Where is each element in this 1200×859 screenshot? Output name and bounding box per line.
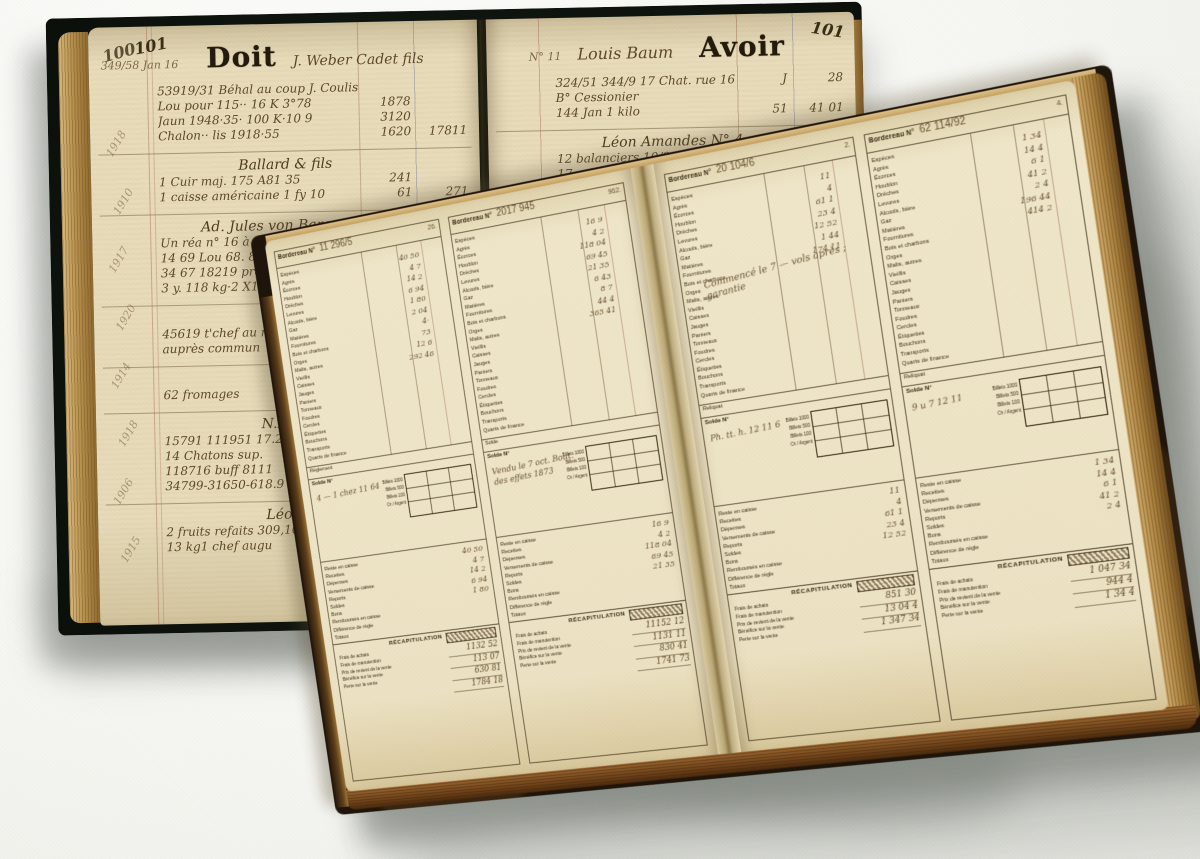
handwritten-bordereau-number: 11 296/5 (319, 238, 353, 254)
entry-amount-total (410, 89, 470, 90)
entry-amount-total: 41 01 (788, 100, 848, 116)
handwritten-bordereau-number: 2017 945 (496, 202, 536, 219)
entry-description: Chalon·· lis 1918·55 (158, 125, 359, 144)
handwritten-totals: 1132 52113 07630 811784 18 (445, 627, 504, 693)
recapitulation-section: RÉCAPITULATIONFrais de achatsFrais de ma… (728, 571, 940, 740)
recapitulation-lines: Frais de achatsFrais de manutentionPrix … (339, 645, 429, 692)
recapitulation-section: RÉCAPITULATIONFrais de achatsFrais de ma… (930, 544, 1156, 719)
cash-count-grid (404, 464, 478, 518)
handwritten-subnumber: 962. (608, 187, 622, 196)
printed-balance-list: Reste en caisseRecettesDépensesVersement… (718, 496, 833, 592)
entry-amount: 3120 (359, 109, 411, 125)
doit-header: Doit (206, 40, 277, 74)
entry-amount (358, 90, 410, 91)
panel-item-columns: EspècesAgrèsÉcorcesHoublonDrêchesLevures… (668, 156, 888, 406)
recapitulation-lines: Frais de achatsFrais de manutentionPrix … (937, 569, 1047, 622)
account-header: N° 11 Louis Baum Avoir (486, 12, 855, 73)
recapitulation-section: RÉCAPITULATIONFrais de achatsFrais de ma… (333, 624, 519, 780)
account-header: 349/58 Jan 16 Doit J. Weber Cadet fils (88, 20, 478, 81)
recapitulation-section: RÉCAPITULATIONFrais de achatsFrais de ma… (509, 601, 706, 763)
entry-description: 144 Jan 1 kilo (556, 102, 736, 121)
panel-item-columns: EspècesAgrèsÉcorcesHoublonDrêchesLevures… (277, 237, 471, 468)
panel-item-columns: EspècesAgrèsÉcorcesHoublonDrêchesLevures… (451, 201, 657, 440)
handwritten-amounts: 1 3414 46 141 22 4196 44414 2 (984, 129, 1054, 224)
ledger-entry-section: 53919/31 Béhal au coup J. CoulisLou pour… (97, 73, 471, 146)
handwritten-date: 349/58 Jan 16 (100, 58, 178, 73)
handwritten-subnumber: 4. (1056, 99, 1063, 108)
handwritten-account-name: Louis Baum (577, 43, 673, 64)
entry-amount: 1620 (359, 124, 411, 140)
entry-amount-total (411, 104, 471, 105)
handwritten-balance-amounts: 40 504 714 26 941 80 (432, 544, 490, 601)
printed-item-list: EspècesAgrèsÉcorcesHoublonDrêchesLevures… (871, 138, 1002, 369)
entry-description: 1 caisse américaine 1 fy 10 (159, 186, 360, 205)
avoir-header: Avoir (699, 29, 786, 64)
handwritten-totals: 11152 121131 11830 411741 73 (629, 603, 691, 671)
bordereau-label: Bordereau N° (452, 212, 493, 227)
recapitulation-lines: Frais de achatsFrais de manutentionPrix … (516, 623, 612, 672)
cash-grid-labels: Billets 1000Billets 500Billets 100Or / A… (362, 476, 406, 512)
entry-amount: J (735, 71, 787, 87)
ledger-entry-section: 324/51 344/9 17 Chat. rue 16J28B° Cessio… (495, 65, 848, 122)
cash-count-grid (585, 435, 663, 491)
entry-amount-total (411, 119, 471, 120)
handwritten-totals: 851 3013 04 41 347 34 (856, 574, 921, 632)
printed-balance-list: Reste en caisseRecettesDépensesVersement… (500, 528, 607, 620)
handwritten-balance-amounts: 1 3414 46 141 22 4 (1051, 455, 1121, 519)
handwritten-bordereau-number: 62 114/92 (919, 117, 967, 136)
photo-of-two-ledger-books: 100 101 349/58 Jan 16 Doit J. Weber Cade… (0, 0, 1200, 859)
printed-item-list: EspècesAgrèsÉcorcesHoublonDrêchesLevures… (455, 222, 571, 436)
handwritten-amounts: 16 94 2118 0469 4521 356 438 744 4365 41 (552, 214, 617, 324)
handwritten-balance-amounts: 11461 123 412 52 (841, 485, 907, 546)
front-ledger-book: Bordereau N°11 296/526.EspècesAgrèsÉcorc… (218, 99, 1164, 824)
handwritten-totals: 1 047 34944 41 34 4 (1067, 547, 1136, 608)
printed-item-list: EspècesAgrèsÉcorcesHoublonDrêchesLevures… (280, 256, 390, 463)
handwritten-account-name: J. Weber Cadet fils (293, 51, 424, 70)
handwritten-amounts: 40 504 714 26 941 802 044·7312 6292 46 (372, 249, 435, 366)
entry-amount-total (787, 96, 847, 97)
bordereau-label: Bordereau N° (278, 247, 316, 261)
cash-grid-labels: Billets 1000Billets 500Billets 100Or / A… (763, 414, 814, 453)
cash-grid-labels: Billets 1000Billets 500Billets 100Or / A… (541, 448, 588, 485)
panel-item-columns: EspècesAgrèsÉcorcesHoublonDrêchesLevures… (868, 115, 1103, 374)
entry-amount: 51 (736, 101, 788, 117)
handwritten-subnumber: 2. (844, 141, 851, 149)
entry-amount-total: 28 (787, 70, 847, 86)
handwritten-account-number: N° 11 (529, 50, 562, 64)
bordereau-label: Bordereau N° (868, 129, 915, 145)
entry-amount-total: 17811 (411, 123, 471, 139)
cash-grid-labels: Billets 1000Billets 500Billets 100Or / A… (968, 381, 1022, 422)
handwritten-bordereau-number: 20 104/6 (716, 158, 756, 176)
handwritten-subnumber: 26. (427, 223, 437, 231)
entry-amount: 241 (360, 170, 412, 186)
printed-balance-list: Reste en caisseRecettesDépensesVersement… (920, 467, 1043, 567)
recapitulation-lines: Frais de achatsFrais de manutentionPrix … (734, 595, 837, 646)
entry-amount-total (412, 180, 472, 181)
bordereau-label: Bordereau N° (668, 169, 712, 184)
entry-amount: 1878 (358, 94, 410, 110)
entry-amount (735, 97, 787, 98)
printed-balance-list: Reste en caisseRecettesDépensesVersement… (324, 554, 425, 643)
handwritten-balance-amounts: 16 94 2118 0469 4521 35 (614, 518, 675, 577)
